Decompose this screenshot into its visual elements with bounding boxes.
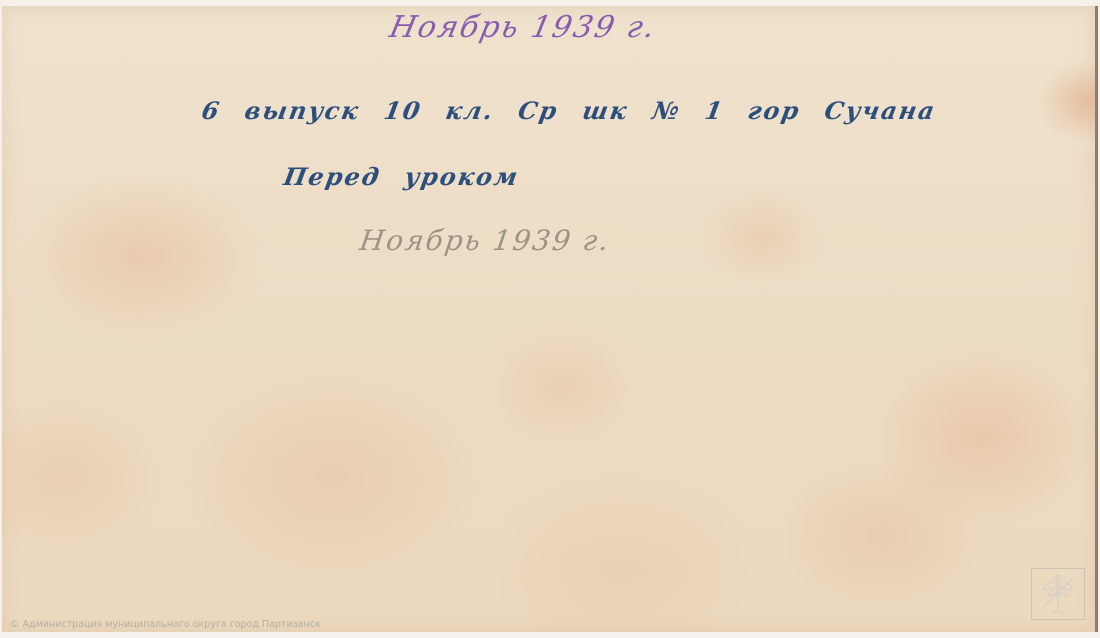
- city-coat-of-arms-emblem-icon: [1031, 568, 1085, 620]
- header-date-handwritten: Ноябрь 1939 г.: [386, 10, 660, 45]
- pencil-date-handwritten: Ноябрь 1939 г.: [358, 224, 613, 257]
- caption-line-2-handwritten: Перед уроком: [281, 162, 521, 191]
- scan-bottom-edge: [0, 632, 1100, 638]
- caption-line-1-handwritten: 6 выпуск 10 кл. Ср шк № 1 гор Сучана: [199, 96, 938, 125]
- aged-paper-card: Ноябрь 1939 г. 6 выпуск 10 кл. Ср шк № 1…: [2, 6, 1098, 632]
- copyright-watermark: © Администрация муниципального округа го…: [10, 619, 321, 630]
- scanned-photo-back: Ноябрь 1939 г. 6 выпуск 10 кл. Ср шк № 1…: [0, 0, 1100, 638]
